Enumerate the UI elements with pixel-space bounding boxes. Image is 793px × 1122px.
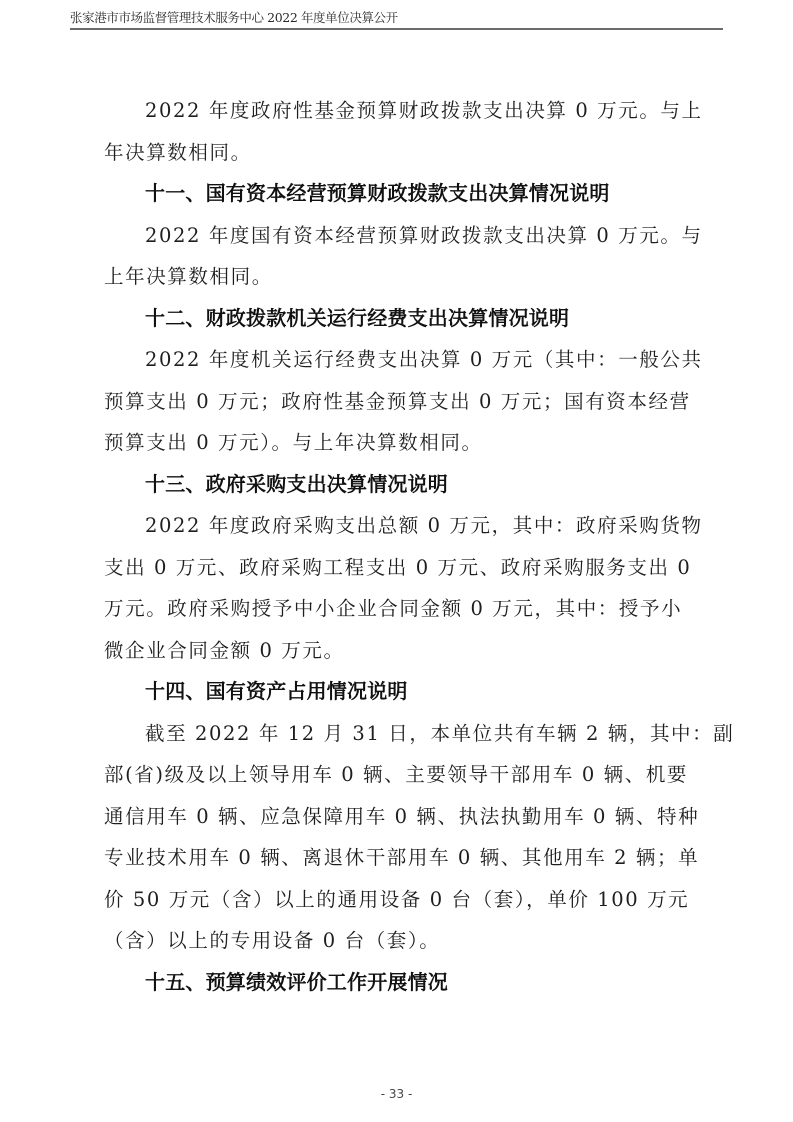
paragraph-line: 2022 年度机关运行经费支出决算 0 万元（其中：一般公共	[104, 339, 696, 381]
paragraph-line: （含）以上的专用设备 0 台（套）。	[104, 920, 696, 962]
paragraph-line: 专业技术用车 0 辆、离退休干部用车 0 辆、其他用车 2 辆；单	[104, 837, 696, 879]
paragraph-line: 年决算数相同。	[104, 132, 696, 174]
section-heading-15: 十五、预算绩效评价工作开展情况	[104, 962, 696, 1004]
section-heading-12: 十二、财政拨款机关运行经费支出决算情况说明	[104, 298, 696, 340]
paragraph-line: 2022 年度政府采购支出总额 0 万元，其中：政府采购货物	[104, 505, 696, 547]
paragraph-line: 预算支出 0 万元）。与上年决算数相同。	[104, 422, 696, 464]
page-header: 张家港市市场监督管理技术服务中心 2022 年度单位决算公开	[70, 8, 723, 30]
paragraph-line: 万元。政府采购授予中小企业合同金额 0 万元，其中：授予小	[104, 588, 696, 630]
section-heading-13: 十三、政府采购支出决算情况说明	[104, 464, 696, 506]
paragraph-line: 预算支出 0 万元；政府性基金预算支出 0 万元；国有资本经营	[104, 381, 696, 423]
paragraph-line: 通信用车 0 辆、应急保障用车 0 辆、执法执勤用车 0 辆、特种	[104, 796, 696, 838]
page-header-title: 张家港市市场监督管理技术服务中心 2022 年度单位决算公开	[70, 8, 398, 26]
paragraph-line: 微企业合同金额 0 万元。	[104, 630, 696, 672]
paragraph-line: 截至 2022 年 12 月 31 日，本单位共有车辆 2 辆，其中：副	[104, 713, 696, 755]
paragraph-line: 上年决算数相同。	[104, 256, 696, 298]
document-body: 2022 年度政府性基金预算财政拨款支出决算 0 万元。与上 年决算数相同。 十…	[104, 90, 696, 1003]
paragraph-line: 2022 年度政府性基金预算财政拨款支出决算 0 万元。与上	[104, 90, 696, 132]
section-heading-14: 十四、国有资产占用情况说明	[104, 671, 696, 713]
page-number: - 33 -	[0, 1087, 793, 1101]
paragraph-line: 2022 年度国有资本经营预算财政拨款支出决算 0 万元。与	[104, 215, 696, 257]
paragraph-line: 支出 0 万元、政府采购工程支出 0 万元、政府采购服务支出 0	[104, 547, 696, 589]
section-heading-11: 十一、国有资本经营预算财政拨款支出决算情况说明	[104, 173, 696, 215]
paragraph-line: 部(省)级及以上领导用车 0 辆、主要领导干部用车 0 辆、机要	[104, 754, 696, 796]
paragraph-line: 价 50 万元（含）以上的通用设备 0 台（套），单价 100 万元	[104, 879, 696, 921]
